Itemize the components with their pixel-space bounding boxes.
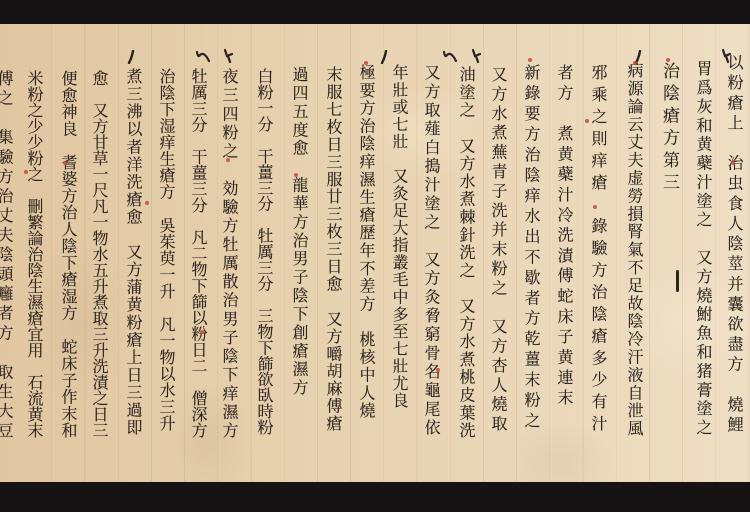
text-column: 者方 煮黄蘗汁冷洗漬傅蛇床子黄連末 [555,64,573,405]
text-column: 胃爲灰和黄蘗汁塗之 又方燒鮒魚和猪膏塗之 [694,60,712,435]
vermilion-dot-mark [666,58,670,62]
ink-check-mark-icon [470,48,482,64]
ink-check-mark-icon [380,50,388,64]
vermilion-dot-mark [24,170,28,174]
text-column: 油塗之 又方水煮棘針洗之 又方水煮桃皮葉洗 [457,66,475,438]
vermilion-dot-mark [731,161,735,165]
vermilion-dot-mark [294,173,298,177]
text-column: 極要方治陰痒濕生瘡歷年不差方 桃核中人燒 [357,64,375,418]
text-column: 過四五度愈 龍華方治男子陰下創瘡濕方 [290,66,308,395]
vermilion-dot-mark [633,61,637,65]
mount-border-top [0,0,750,24]
text-column: 牡厲三分 干薑三分 凡二物下篩以粉日二 僧深方 [189,68,207,438]
ink-check-mark-icon [720,48,732,64]
section-heading: 治陰瘡方第三 [660,62,678,190]
mount-border-bottom [0,482,750,512]
ink-check-mark-icon [195,50,211,64]
text-column: 年壯或七壯 又灸足大指叢毛中多至七壯尤良 [390,64,408,408]
text-column: 邪乘之則痒瘡 錄驗方治陰瘡多少有汁 [589,64,607,431]
text-column-partial: 傅之 集驗方治丈夫陰頭癰者方 取生大豆 [0,70,13,438]
text-column: 白粉一分 干薑三分 牡厲三分 三物下篩欲臥時粉 [255,68,273,435]
text-column: 又方水煮蕪青子洗并末粉之 又方杏人燒取 [489,66,507,431]
vermilion-dot-mark [585,119,589,123]
vermilion-dot-mark [593,205,597,209]
text-column: 便愈神良 耆婆方治人陰下瘡湿方 蛇床子作末和 [59,70,77,438]
ink-check-mark-icon [442,50,458,64]
text-column: 夜三四粉之 効驗方牡厲散治男子陰下痒濕方 [220,68,238,438]
vermilion-dot-mark [528,58,532,62]
ink-check-mark-icon [127,50,135,64]
text-column: 末服七枚日三服廿三枚三日愈 又方嚼胡麻傅瘡 [324,66,342,431]
vermilion-dot-mark [436,368,440,372]
vermilion-dot-mark [226,158,230,162]
text-column: 煮三沸以者洋洗瘡愈 又方蒲黄粉瘡上日三過即 [124,68,142,435]
vermilion-dot-mark [200,330,204,334]
ink-stroke-mark [676,270,679,292]
text-column: 米粉之少少粉之 刪繁論治陰生濕瘡宜用 石流黄末 [25,70,43,438]
text-column: 新錄要方治陰痒水出不歇者方乾薑末粉之 [522,64,540,428]
text-column: 愈 又方甘草一尺凡一物水五升煮取三升洗漬之日三 [90,70,108,438]
text-column: 治陰下湿痒生瘡方 吳茱萸一升 凡一物以水三升 [157,68,175,431]
text-column: 病源論云丈夫虚勞損腎氣不足故陰冷汗液自泄風 [625,62,643,436]
ink-check-mark-icon [222,48,234,64]
vermilion-dot-mark [364,61,368,65]
vermilion-dot-mark [63,161,67,165]
text-column: 以粉瘡上 治虫食人陰莖并囊欲盡方 燒鯉 [725,54,743,432]
text-column: 又方取薤白搗汁塗之 又方灸脅窮骨名龜尾依 [422,64,440,435]
vermilion-dot-mark [145,201,149,205]
